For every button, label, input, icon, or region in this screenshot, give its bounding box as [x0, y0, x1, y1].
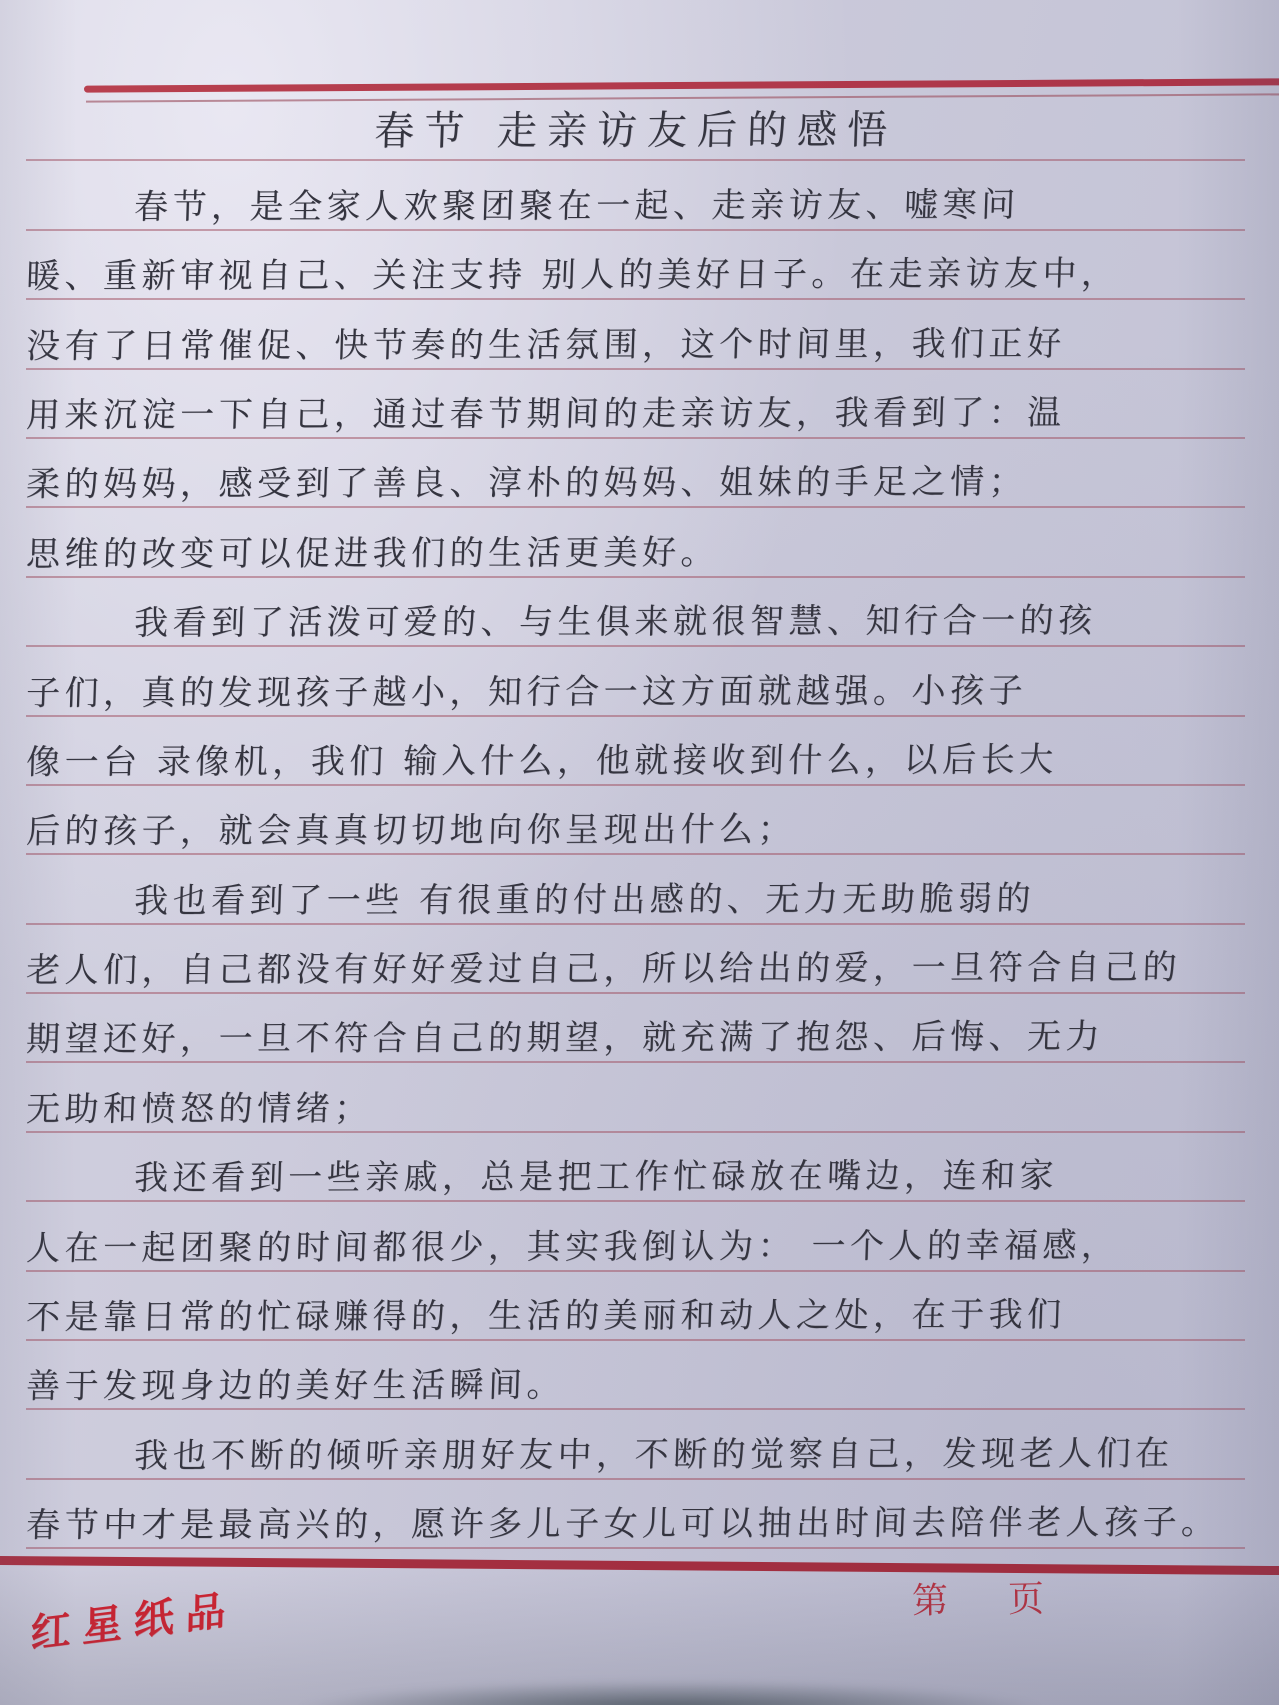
essay-line-text: 我还看到一些亲戚，总是把工作忙碌放在嘴边，连和家: [25, 1159, 1245, 1202]
essay-line-text: 柔的妈妈，感受到了善良、淳朴的妈妈、姐妹的手足之情；: [25, 465, 1245, 508]
page-label-prefix: 第: [912, 1573, 951, 1625]
essay-line-text: 像一台 录像机，我们 输入什么，他就接收到什么，以后长大: [25, 742, 1245, 785]
notebook-page: 春节 走亲访友后的感悟 春节，是全家人欢聚团聚在一起、走亲访友、嘘寒问暖、重新审…: [0, 0, 1279, 1705]
essay-line: 无助和愤怒的情绪；: [26, 1063, 1245, 1132]
essay-line-text: 我看到了活泼可爱的、与生俱来就很智慧、知行合一的孩: [25, 604, 1245, 647]
top-rule-thick: [84, 78, 1279, 92]
essay-line-text: 子们，真的发现孩子越小，知行合一这方面就越强。小孩子: [25, 673, 1245, 716]
desk-shadow: [300, 1681, 1040, 1705]
essay-line-text: 没有了日常催促、快节奏的生活氛围，这个时间里，我们正好: [25, 326, 1245, 369]
essay-line: 人在一起团聚的时间都很少，其实我倒认为： 一个人的幸福感，: [26, 1202, 1245, 1271]
essay-line: 我也看到了一些 有很重的付出感的、无力无助脆弱的: [26, 855, 1245, 924]
essay-line-text: 我也看到了一些 有很重的付出感的、无力无助脆弱的: [25, 881, 1245, 924]
essay-line: 不是靠日常的忙碌赚得的，生活的美丽和动人之处，在于我们: [26, 1272, 1245, 1341]
essay-line-text: 春节中才是最高兴的，愿许多儿子女儿可以抽出时间去陪伴老人孩子。: [25, 1506, 1245, 1549]
essay-line: 没有了日常催促、快节奏的生活氛围，这个时间里，我们正好: [26, 300, 1245, 369]
essay-line-text: 人在一起团聚的时间都很少，其实我倒认为： 一个人的幸福感，: [25, 1228, 1245, 1271]
essay-line: 期望还好，一旦不符合自己的期望，就充满了抱怨、后悔、无力: [26, 994, 1245, 1063]
bottom-rule-thick: [0, 1556, 1279, 1575]
essay-line: 后的孩子，就会真真切切地向你呈现出什么；: [26, 786, 1245, 855]
essay-line-text: 期望还好，一旦不符合自己的期望，就充满了抱怨、后悔、无力: [25, 1020, 1245, 1063]
essay-line: 用来沉淀一下自己，通过春节期间的走亲访友，我看到了：温: [26, 370, 1245, 439]
essay-line-text: 用来沉淀一下自己，通过春节期间的走亲访友，我看到了：温: [25, 395, 1245, 438]
essay-line: 春节，是全家人欢聚团聚在一起、走亲访友、嘘寒问: [26, 161, 1245, 230]
essay-line: 我也不断的倾听亲朋好友中，不断的觉察自己，发现老人们在: [26, 1410, 1245, 1479]
essay-title: 春节 走亲访友后的感悟: [25, 110, 1246, 161]
essay-line-text: 善于发现身边的美好生活瞬间。: [25, 1367, 1245, 1410]
essay-line: 我看到了活泼可爱的、与生俱来就很智慧、知行合一的孩: [26, 578, 1245, 647]
essay-line: 善于发现身边的美好生活瞬间。: [26, 1341, 1245, 1410]
essay-line: 我还看到一些亲戚，总是把工作忙碌放在嘴边，连和家: [26, 1133, 1245, 1202]
essay-line: 像一台 录像机，我们 输入什么，他就接收到什么，以后长大: [26, 717, 1245, 786]
essay-line-text: 无助和愤怒的情绪；: [25, 1089, 1245, 1132]
essay-line-text: 后的孩子，就会真真切切地向你呈现出什么；: [25, 812, 1245, 855]
essay-line: 老人们，自己都没有好好爱过自己，所以给出的爱，一旦符合自己的: [26, 925, 1245, 994]
essay-line: 思维的改变可以促进我们的生活更美好。: [26, 508, 1245, 577]
essay-line-text: 春节，是全家人欢聚团聚在一起、走亲访友、嘘寒问: [25, 187, 1245, 230]
paper-brand-stamp: 红星纸品: [30, 1577, 237, 1660]
essay-line-text: 老人们，自己都没有好好爱过自己，所以给出的爱，一旦符合自己的: [25, 950, 1245, 993]
essay-body: 春节 走亲访友后的感悟 春节，是全家人欢聚团聚在一起、走亲访友、嘘寒问暖、重新审…: [0, 92, 1279, 1549]
essay-title-row: 春节 走亲访友后的感悟: [26, 92, 1245, 161]
essay-line-text: 思维的改变可以促进我们的生活更美好。: [25, 534, 1245, 577]
essay-line: 暖、重新审视自己、关注支持 别人的美好日子。在走亲访友中，: [26, 231, 1245, 300]
essay-line-text: 不是靠日常的忙碌赚得的，生活的美丽和动人之处，在于我们: [25, 1297, 1245, 1340]
page-label-suffix: 页: [1008, 1571, 1047, 1623]
essay-line-text: 暖、重新审视自己、关注支持 别人的美好日子。在走亲访友中，: [25, 257, 1245, 300]
page-number-label: 第 页: [912, 1571, 1047, 1624]
essay-line: 春节中才是最高兴的，愿许多儿子女儿可以抽出时间去陪伴老人孩子。: [26, 1480, 1245, 1549]
essay-line: 柔的妈妈，感受到了善良、淳朴的妈妈、姐妹的手足之情；: [26, 439, 1245, 508]
essay-line: 子们，真的发现孩子越小，知行合一这方面就越强。小孩子: [26, 647, 1245, 716]
essay-line-text: 我也不断的倾听亲朋好友中，不断的觉察自己，发现老人们在: [25, 1436, 1245, 1479]
